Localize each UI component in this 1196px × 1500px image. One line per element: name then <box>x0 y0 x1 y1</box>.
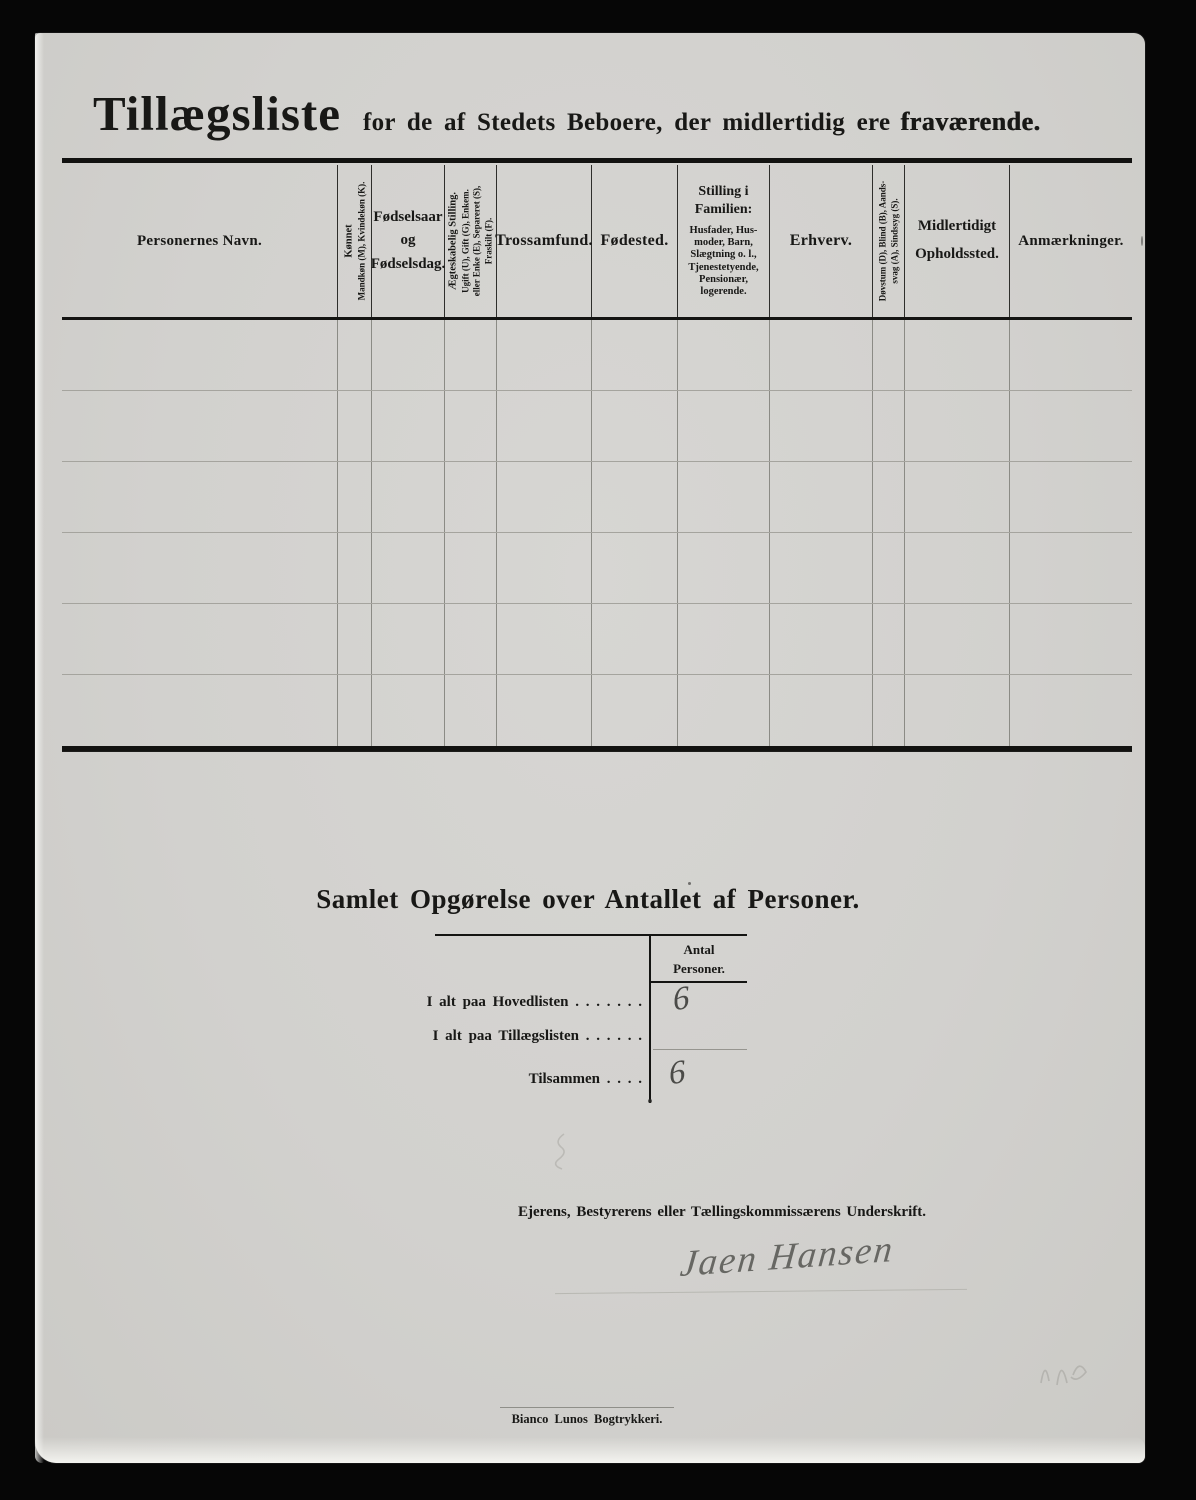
rotated-header-text: Kønnet Mandkøn (M), Kvindekøn (K). <box>342 166 367 316</box>
summary-row-label-hovedlisten: I alt paa Hovedlisten . . . . . . . <box>427 994 642 1011</box>
table-row <box>62 462 1132 533</box>
table-cell <box>592 320 678 390</box>
column-header-label: Midlertidigt Opholdssted. <box>915 213 999 269</box>
table-cell <box>592 391 678 461</box>
table-cell <box>338 675 372 746</box>
table-cell <box>445 320 497 390</box>
column-header-sublabel: Mandkøn (M), Kvindekøn (K). <box>355 166 367 316</box>
summary-title: Samlet Opgørelse over Antallet af Person… <box>300 884 876 915</box>
table-cell <box>905 675 1010 746</box>
table-bottom-rule <box>62 746 1132 752</box>
column-header-residence: Midlertidigt Opholdssted. <box>905 165 1010 317</box>
column-header-label: Fødested. <box>600 232 668 250</box>
signature-underline <box>555 1289 967 1294</box>
census-table: Personernes Navn. Kønnet Mandkøn (M), Kv… <box>62 158 1132 752</box>
page-title-subtitle-bold: fraværende. <box>900 107 1040 137</box>
column-header-sublabel: Ugift (U), Gift (G), Enkem. <box>460 171 472 311</box>
table-cell <box>905 604 1010 674</box>
table-cell <box>1010 533 1132 603</box>
table-cell <box>338 391 372 461</box>
table-cell <box>678 604 770 674</box>
table-cell <box>592 533 678 603</box>
column-header-family: Stilling i Familien: Husfader, Hus- mode… <box>678 165 770 317</box>
column-header-sublabel: Fraskilt (F). <box>483 171 495 311</box>
table-cell <box>62 533 338 603</box>
header-subline: Tjenestetyende, <box>688 262 758 274</box>
table-cell <box>62 391 338 461</box>
table-cell <box>592 675 678 746</box>
column-header-sublabel: eller Enke (E), Separeret (S), <box>471 171 483 311</box>
ink-speck <box>648 1099 652 1103</box>
table-cell <box>372 462 445 532</box>
table-cell <box>1010 320 1132 390</box>
signature-caption: Ejerens, Bestyrerens eller Tællingskommi… <box>512 1204 932 1221</box>
table-header-row: Personernes Navn. Kønnet Mandkøn (M), Kv… <box>62 165 1132 320</box>
page-title: Tillægsliste for de af Stedets Beboere, … <box>93 85 1040 142</box>
table-cell <box>592 462 678 532</box>
column-header-disability: Døvstum (D), Blind (B), Aands- svag (A),… <box>873 165 905 317</box>
table-cell <box>1010 462 1132 532</box>
page-title-main: Tillægsliste <box>93 85 341 142</box>
column-header-label: Kønnet <box>342 166 356 316</box>
scanned-photo: Tillægsliste for de af Stedets Beboere, … <box>0 0 1196 1500</box>
table-cell <box>372 675 445 746</box>
header-subline: Pensionær, <box>688 274 758 286</box>
table-cell <box>62 675 338 746</box>
column-header-occupation: Erhverv. <box>770 165 873 317</box>
column-header-name: Personernes Navn. <box>62 165 338 317</box>
column-header-label: Fødselsaar og Fødselsdag. <box>371 206 446 276</box>
summary-count-header-line: Antal <box>651 941 747 960</box>
summary-row-label-tilsammen: Tilsammen . . . . <box>529 1071 642 1088</box>
header-subline: Slægtning o. l., <box>688 249 758 261</box>
table-cell <box>873 462 905 532</box>
table-row <box>62 675 1132 746</box>
table-cell <box>338 533 372 603</box>
header-line: Stilling i <box>695 183 753 201</box>
table-cell <box>873 391 905 461</box>
table-cell <box>905 533 1010 603</box>
faint-pencil-squiggle <box>548 1130 572 1174</box>
table-cell <box>905 391 1010 461</box>
column-header-label: Personernes Navn. <box>137 233 262 250</box>
table-cell <box>338 462 372 532</box>
column-header-sublabel: svag (A), Sindssyg (S). <box>889 166 901 316</box>
table-cell <box>497 391 592 461</box>
table-cell <box>873 604 905 674</box>
table-cell <box>770 675 873 746</box>
column-header-label: Trossamfund. <box>495 232 593 250</box>
column-header-birth: Fødselsaar og Fødselsdag. <box>372 165 445 317</box>
table-cell <box>372 604 445 674</box>
table-cell <box>770 604 873 674</box>
ink-speck <box>1141 236 1143 246</box>
faint-pencil-scribble <box>1033 1343 1097 1395</box>
rotated-header-text: Ægteskabelig Stilling. Ugift (U), Gift (… <box>446 171 495 311</box>
column-header-birthplace: Fødested. <box>592 165 678 317</box>
table-cell <box>905 462 1010 532</box>
table-cell <box>873 533 905 603</box>
page-title-subtitle: for de af Stedets Beboere, der midlertid… <box>363 109 890 137</box>
table-cell <box>445 604 497 674</box>
table-cell <box>770 533 873 603</box>
table-cell <box>372 391 445 461</box>
header-line: Fødselsdag. <box>371 253 446 276</box>
header-line: og <box>371 229 446 252</box>
column-header-marital: Ægteskabelig Stilling. Ugift (U), Gift (… <box>445 165 497 317</box>
census-form-page: Tillægsliste for de af Stedets Beboere, … <box>35 33 1145 1463</box>
table-cell <box>497 320 592 390</box>
header-line: Opholdssted. <box>915 241 999 269</box>
table-cell <box>62 320 338 390</box>
header-subline: Husfader, Hus- <box>688 225 758 237</box>
rotated-header-text: Døvstum (D), Blind (B), Aands- svag (A),… <box>877 166 900 316</box>
column-header-label: Anmærkninger. <box>1018 233 1123 250</box>
table-cell <box>497 462 592 532</box>
header-subline: moder, Barn, <box>688 237 758 249</box>
column-header-label: Stilling i Familien: <box>695 183 753 219</box>
table-cell <box>873 675 905 746</box>
table-cell <box>678 462 770 532</box>
header-line: Midlertidigt <box>915 213 999 241</box>
summary-count-column-header: Antal Personer. <box>651 941 747 979</box>
column-header-remarks: Anmærkninger. <box>1010 165 1132 317</box>
column-header-faith: Trossamfund. <box>497 165 592 317</box>
table-cell <box>445 391 497 461</box>
summary-count-header-line: Personer. <box>651 960 747 979</box>
summary-top-rule <box>435 934 747 936</box>
table-cell <box>1010 391 1132 461</box>
table-cell <box>770 320 873 390</box>
table-cell <box>497 675 592 746</box>
table-cell <box>678 675 770 746</box>
table-cell <box>1010 675 1132 746</box>
table-cell <box>770 462 873 532</box>
table-body <box>62 320 1132 746</box>
table-cell <box>770 391 873 461</box>
header-line: Familien: <box>695 201 753 219</box>
column-header-sex: Kønnet Mandkøn (M), Kvindekøn (K). <box>338 165 372 317</box>
table-row <box>62 533 1132 604</box>
table-row <box>62 320 1132 391</box>
table-cell <box>372 320 445 390</box>
printer-imprint: Bianco Lunos Bogtrykkeri. <box>465 1412 709 1427</box>
imprint-rule <box>500 1407 674 1408</box>
table-cell <box>445 533 497 603</box>
summary-row-label-tillaegslisten: I alt paa Tillægslisten . . . . . . <box>433 1028 642 1045</box>
table-cell <box>372 533 445 603</box>
table-cell <box>678 391 770 461</box>
ink-speck <box>688 882 691 885</box>
summary-header-rule <box>651 981 747 983</box>
column-header-label: Ægteskabelig Stilling. <box>446 171 460 311</box>
table-cell <box>338 604 372 674</box>
column-header-sublabel: Husfader, Hus- moder, Barn, Slægtning o.… <box>688 225 758 299</box>
table-cell <box>62 604 338 674</box>
handwritten-signature: Jaen Hansen <box>678 1219 1022 1286</box>
header-subline: logerende. <box>688 286 758 298</box>
table-cell <box>338 320 372 390</box>
table-cell <box>1010 604 1132 674</box>
table-cell <box>497 533 592 603</box>
handwritten-count-hovedlisten: 6 <box>672 980 691 1020</box>
table-cell <box>873 320 905 390</box>
handwritten-count-tilsammen: 6 <box>668 1054 687 1094</box>
table-cell <box>62 462 338 532</box>
table-row <box>62 604 1132 675</box>
header-line: Fødselsaar <box>371 206 446 229</box>
column-header-label: Erhverv. <box>790 232 852 250</box>
table-cell <box>678 533 770 603</box>
table-cell <box>445 462 497 532</box>
table-cell <box>678 320 770 390</box>
table-cell <box>497 604 592 674</box>
table-top-rule <box>62 158 1132 163</box>
table-cell <box>592 604 678 674</box>
column-header-label: Døvstum (D), Blind (B), Aands- <box>877 166 889 316</box>
table-cell <box>445 675 497 746</box>
summary-sum-rule <box>653 1049 747 1050</box>
table-cell <box>905 320 1010 390</box>
table-row <box>62 391 1132 462</box>
